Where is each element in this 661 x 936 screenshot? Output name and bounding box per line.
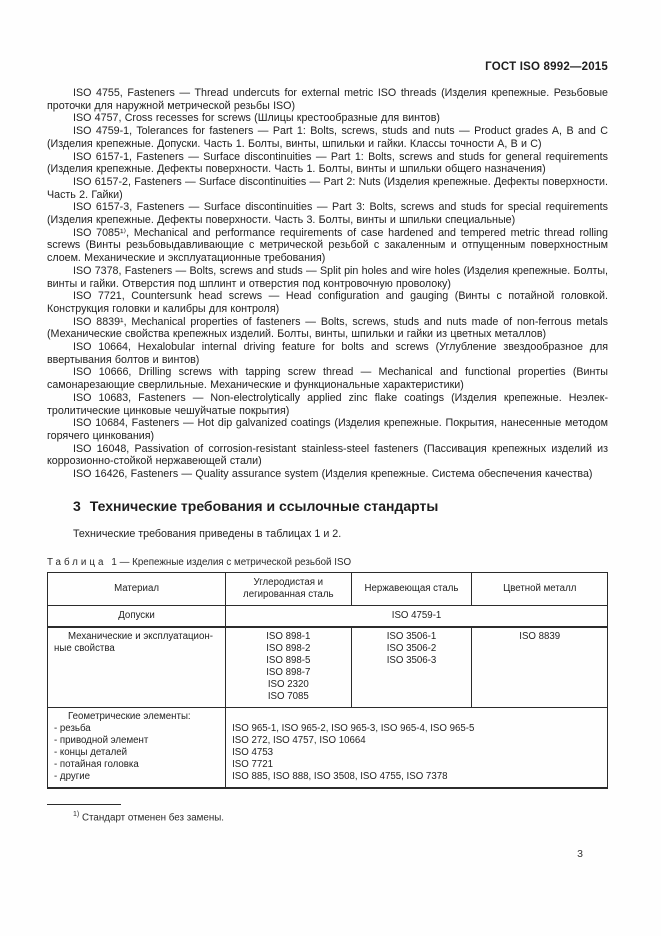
column-header-material: Материал bbox=[48, 572, 226, 605]
cell-mechanical-stainless-steel: ISO 3506-1 ISO 3506-2 ISO 3506-3 bbox=[351, 627, 472, 708]
footnote-separator-rule bbox=[47, 804, 121, 805]
standard-ref: ISO 7085 bbox=[232, 691, 344, 703]
standard-ref: ISO 3506-3 bbox=[358, 655, 466, 667]
reference-item-iso-7378: ISO 7378, Fasteners — Bolts, screws and … bbox=[47, 265, 608, 290]
table-header-row: Материал Углеродистая и легированная ста… bbox=[48, 572, 608, 605]
footnote: 1) Стандарт отменен без замены. bbox=[47, 809, 608, 824]
reference-item-iso-6157-2: ISO 6157-2, Fasteners — Surface disconti… bbox=[47, 176, 608, 201]
standard-ref: ISO 885, ISO 888, ISO 3508, ISO 4755, IS… bbox=[232, 771, 601, 783]
cell-mechanical-carbon-steel: ISO 898-1 ISO 898-2 ISO 898-5 ISO 898-7 … bbox=[226, 627, 351, 708]
page-number: 3 bbox=[577, 848, 583, 860]
reference-item-iso-10666: ISO 10666, Drilling screws with tapping … bbox=[47, 366, 608, 391]
standard-ref: ISO 898-2 bbox=[232, 643, 344, 655]
reference-item-iso-10664: ISO 10664, Hexalobular internal driving … bbox=[47, 341, 608, 366]
cell-geometry-values: ISO 965-1, ISO 965-2, ISO 965-3, ISO 965… bbox=[226, 707, 608, 788]
geometry-label: - другие bbox=[54, 771, 219, 783]
standard-ref: ISO 4753 bbox=[232, 747, 601, 759]
reference-item-iso-4759-1: ISO 4759-1, Tolerances for fasteners — P… bbox=[47, 125, 608, 150]
footnote-marker: 1) bbox=[73, 811, 79, 818]
reference-item-iso-10683: ISO 10683, Fasteners — Non-electrolytica… bbox=[47, 392, 608, 417]
standard-ref: ISO 898-1 bbox=[232, 631, 344, 643]
cell-mechanical-label: Механические и эксплуатацион­ные свойств… bbox=[48, 627, 226, 708]
standard-ref: ISO 898-5 bbox=[232, 655, 344, 667]
column-header-stainless-steel: Нержавеющая сталь bbox=[351, 572, 472, 605]
reference-item-iso-16048: ISO 16048, Passivation of corrosion-resi… bbox=[47, 443, 608, 468]
table-row-geometric-elements: Геометрические элементы: - резьба - прив… bbox=[48, 707, 608, 788]
standard-ref: ISO 3506-2 bbox=[358, 643, 466, 655]
geometry-label: - резьба bbox=[54, 723, 219, 735]
standard-ref: ISO 8839 bbox=[478, 631, 601, 643]
standard-ref: ISO 2320 bbox=[232, 679, 344, 691]
standard-ref: ISO 3506-1 bbox=[358, 631, 466, 643]
normative-references-list: ISO 4755, Fasteners — Thread undercuts f… bbox=[47, 87, 608, 481]
geometry-label: - потайная головка bbox=[54, 759, 219, 771]
table-1-metric-thread-fasteners: Материал Углеродистая и легированная ста… bbox=[47, 572, 608, 789]
geometry-label: - приводной элемент bbox=[54, 735, 219, 747]
document-code: ГОСТ ISO 8992—2015 bbox=[485, 61, 608, 73]
column-header-carbon-steel: Углеродистая и легированная сталь bbox=[226, 572, 351, 605]
table-row-mechanical-properties: Механические и эксплуатацион­ные свойств… bbox=[48, 627, 608, 708]
table-row-tolerances: Допуски ISO 4759-1 bbox=[48, 605, 608, 627]
section-heading: 3Технические требования и ссылочные стан… bbox=[73, 498, 608, 515]
cell-tolerances-value: ISO 4759-1 bbox=[226, 605, 608, 627]
footnote-text: Стандарт отменен без замены. bbox=[82, 812, 224, 823]
reference-item-iso-7721: ISO 7721, Countersunk head screws — Head… bbox=[47, 290, 608, 315]
cell-mechanical-non-ferrous: ISO 8839 bbox=[472, 627, 608, 708]
reference-item-iso-4757: ISO 4757, Cross recesses for screws (Шли… bbox=[47, 112, 608, 125]
geometry-label: Геометрические элементы: bbox=[54, 711, 219, 723]
document-page: ГОСТ ISO 8992—2015 ISO 4755, Fasteners —… bbox=[0, 0, 661, 936]
standard-ref: ISO 898-7 bbox=[232, 667, 344, 679]
section-title: Технические требования и ссылочные станд… bbox=[90, 498, 439, 514]
standard-ref: ISO 7721 bbox=[232, 759, 601, 771]
table-caption: Таблица1 — Крепежные изделия с метрическ… bbox=[47, 557, 608, 569]
reference-item-iso-7085: ISO 7085¹⁾, Mechanical and performance r… bbox=[47, 227, 608, 265]
standard-ref: ISO 965-1, ISO 965-2, ISO 965-3, ISO 965… bbox=[232, 723, 601, 735]
table-caption-word: Таблица bbox=[47, 557, 106, 568]
reference-item-iso-6157-1: ISO 6157-1, Fasteners — Surface disconti… bbox=[47, 151, 608, 176]
standard-ref bbox=[232, 711, 601, 723]
reference-item-iso-8839: ISO 8839¹, Mechanical properties of fast… bbox=[47, 316, 608, 341]
running-header: ГОСТ ISO 8992—2015 bbox=[47, 60, 608, 74]
geometry-label: - концы деталей bbox=[54, 747, 219, 759]
column-header-non-ferrous: Цветной металл bbox=[472, 572, 608, 605]
table-body: Допуски ISO 4759-1 Механические и эксплу… bbox=[48, 605, 608, 788]
standard-ref: ISO 272, ISO 4757, ISO 10664 bbox=[232, 735, 601, 747]
section-intro: Технические требования приведены в табли… bbox=[47, 528, 608, 541]
table-caption-text: 1 — Крепежные изделия с метрической резь… bbox=[111, 557, 351, 568]
reference-item-iso-10684: ISO 10684, Fasteners — Hot dip galvanize… bbox=[47, 417, 608, 442]
reference-item-iso-6157-3: ISO 6157-3, Fasteners — Surface disconti… bbox=[47, 201, 608, 226]
reference-item-iso-4755: ISO 4755, Fasteners — Thread undercuts f… bbox=[47, 87, 608, 112]
section-number: 3 bbox=[73, 498, 81, 514]
table-header: Материал Углеродистая и легированная ста… bbox=[48, 572, 608, 605]
reference-item-iso-16426: ISO 16426, Fasteners — Quality assurance… bbox=[47, 468, 608, 481]
cell-tolerances-label: Допуски bbox=[48, 605, 226, 627]
cell-geometry-labels: Геометрические элементы: - резьба - прив… bbox=[48, 707, 226, 788]
